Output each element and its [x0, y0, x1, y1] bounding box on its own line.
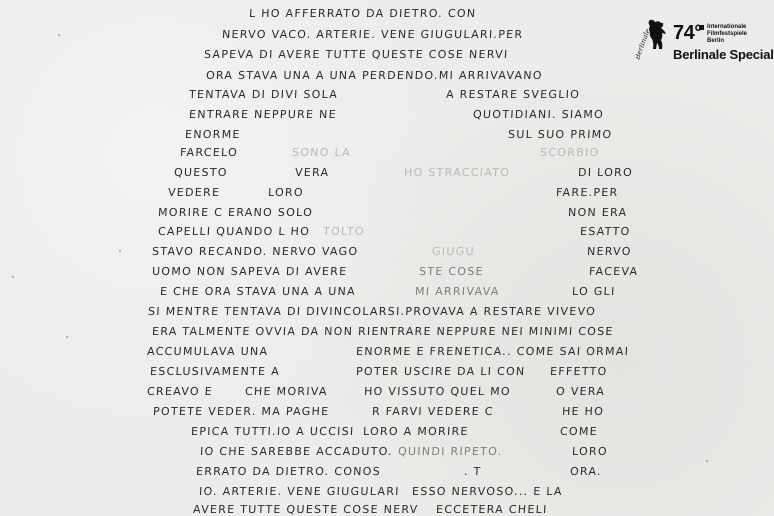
handwritten-text-segment: A RESTARE SVEGLIO: [446, 88, 581, 101]
handwritten-text-segment: POTER USCIRE DA LI CON: [356, 365, 526, 378]
handwritten-text-segment: FARE.PER: [556, 186, 619, 199]
handwritten-text-segment: MORIRE C ERANO SOLO: [158, 206, 314, 219]
handwritten-text-segment: STAVO RECANDO. NERVO VAGO: [152, 245, 359, 258]
handwritten-text-segment: AVERE TUTTE QUESTE COSE NERV: [193, 503, 419, 516]
festival-line: Berlin: [707, 38, 747, 45]
berlinale-bear-icon: Berlinale: [636, 14, 670, 64]
handwritten-text-segment: NERVO: [587, 245, 632, 258]
handwritten-text-segment: QUESTO: [174, 166, 229, 179]
handwritten-paper: L HO AFFERRATO DA DIETRO. CONNERVO VACO.…: [0, 0, 774, 516]
handwritten-text-segment: LORO: [268, 186, 305, 199]
edition-number: 74°: [673, 22, 702, 45]
festival-line: Internationale: [707, 24, 747, 31]
handwritten-text-segment: TENTAVA DI DIVI SOLA: [189, 88, 339, 101]
handwritten-text-segment: IO CHE SAREBBE ACCADUTO.: [200, 445, 394, 458]
svg-text:Berlinale: Berlinale: [636, 28, 652, 62]
handwritten-text-segment: O VERA: [556, 385, 606, 398]
handwritten-text-segment: NERVO VACO. ARTERIE. VENE GIUGULARI.PER: [222, 28, 524, 41]
handwritten-text-segment: CREAVO E: [147, 385, 214, 398]
handwritten-text-segment: MI ARRIVAVA: [415, 285, 500, 298]
handwritten-text-segment: LORO A MORIRE: [363, 425, 469, 438]
handwritten-text-segment: ESATTO: [580, 225, 631, 238]
handwritten-text-segment: ERRATO DA DIETRO. CONOS: [196, 465, 382, 478]
handwritten-text-segment: ENORME: [185, 128, 241, 141]
handwritten-text-segment: E CHE ORA STAVA UNA A UNA: [160, 285, 357, 298]
paper-speck: [119, 250, 121, 252]
handwritten-text-segment: R FARVI VEDERE C: [372, 405, 494, 418]
handwritten-text-segment: TOLTO: [323, 225, 366, 238]
paper-speck: [706, 460, 708, 462]
handwritten-text-segment: L HO AFFERRATO DA DIETRO. CON: [249, 7, 477, 20]
handwritten-text-segment: ESCLUSIVAMENTE A: [150, 365, 281, 378]
handwritten-text-segment: ENTRARE NEPPURE NE: [189, 108, 338, 121]
handwritten-text-segment: VEDERE: [168, 186, 221, 199]
handwritten-text-segment: DI LORO: [578, 166, 634, 179]
handwritten-text-segment: QUINDI RIPETO.: [398, 445, 503, 458]
logo-square: [699, 25, 704, 30]
handwritten-text-segment: FARCELO: [180, 146, 239, 159]
handwritten-text-segment: ESSO NERVOSO... E LA: [412, 485, 564, 498]
handwritten-text-segment: GIUGU: [432, 245, 476, 258]
handwritten-text-segment: SCORBIO: [540, 146, 600, 159]
handwritten-text-segment: ERA TALMENTE OVVIA DA NON RIENTRARE NEPP…: [152, 325, 614, 338]
handwritten-text-segment: ACCUMULAVA UNA: [147, 345, 269, 358]
handwritten-text-segment: EFFETTO: [550, 365, 608, 378]
handwritten-text-segment: POTETE VEDER. MA PAGHE: [153, 405, 330, 418]
handwritten-text-segment: ECCETERA CHELI: [436, 503, 548, 516]
handwritten-text-segment: LORO: [572, 445, 609, 458]
handwritten-text-segment: QUOTIDIANI. SIAMO: [473, 108, 605, 121]
handwritten-text-segment: ORA.: [570, 465, 603, 478]
handwritten-text-segment: UOMO NON SAPEVA DI AVERE: [152, 265, 348, 278]
handwritten-text-segment: LO GLI: [572, 285, 616, 298]
handwritten-text-segment: ENORME E FRENETICA.. COME SAI ORMAI: [356, 345, 630, 358]
berlinale-logo: Berlinale 74° Internationale Filmfestspi…: [636, 10, 766, 66]
paper-speck: [12, 276, 14, 278]
handwritten-text-segment: SONO LA: [292, 146, 352, 159]
handwritten-text-segment: SAPEVA DI AVERE TUTTE QUESTE COSE NERVI: [204, 48, 509, 61]
handwritten-text-segment: IO. ARTERIE. VENE GIUGULARI: [199, 485, 400, 498]
handwritten-text-segment: SI MENTRE TENTAVA DI DIVINCOLARSI.PROVAV…: [148, 305, 597, 318]
handwritten-text-segment: ORA STAVA UNA A UNA PERDENDO.MI ARRIVAVA…: [206, 69, 544, 82]
handwritten-text-segment: HO VISSUTO QUEL MO: [364, 385, 512, 398]
handwritten-text-segment: VERA: [295, 166, 330, 179]
handwritten-text-segment: HE HO: [562, 405, 605, 418]
handwritten-text-segment: EPICA TUTTI.IO A UCCISI: [191, 425, 355, 438]
handwritten-text-segment: FACEVA: [589, 265, 639, 278]
handwritten-text-segment: STE COSE: [419, 265, 485, 278]
handwritten-text-segment: CAPELLI QUANDO L HO: [158, 225, 311, 238]
paper-speck: [58, 34, 60, 36]
festival-line: Filmfestspiele: [707, 31, 747, 38]
handwritten-text-segment: CHE MORIVA: [245, 385, 328, 398]
paper-speck: [66, 336, 68, 338]
handwritten-text-segment: COME: [560, 425, 599, 438]
section-name: Berlinale Special: [673, 47, 774, 62]
handwritten-text-segment: SUL SUO PRIMO: [508, 128, 613, 141]
handwritten-text-segment: . T: [464, 465, 482, 478]
handwritten-text-segment: HO STRACCIATO: [404, 166, 511, 179]
handwritten-text-segment: NON ERA: [568, 206, 628, 219]
festival-name: Internationale Filmfestspiele Berlin: [707, 24, 747, 45]
